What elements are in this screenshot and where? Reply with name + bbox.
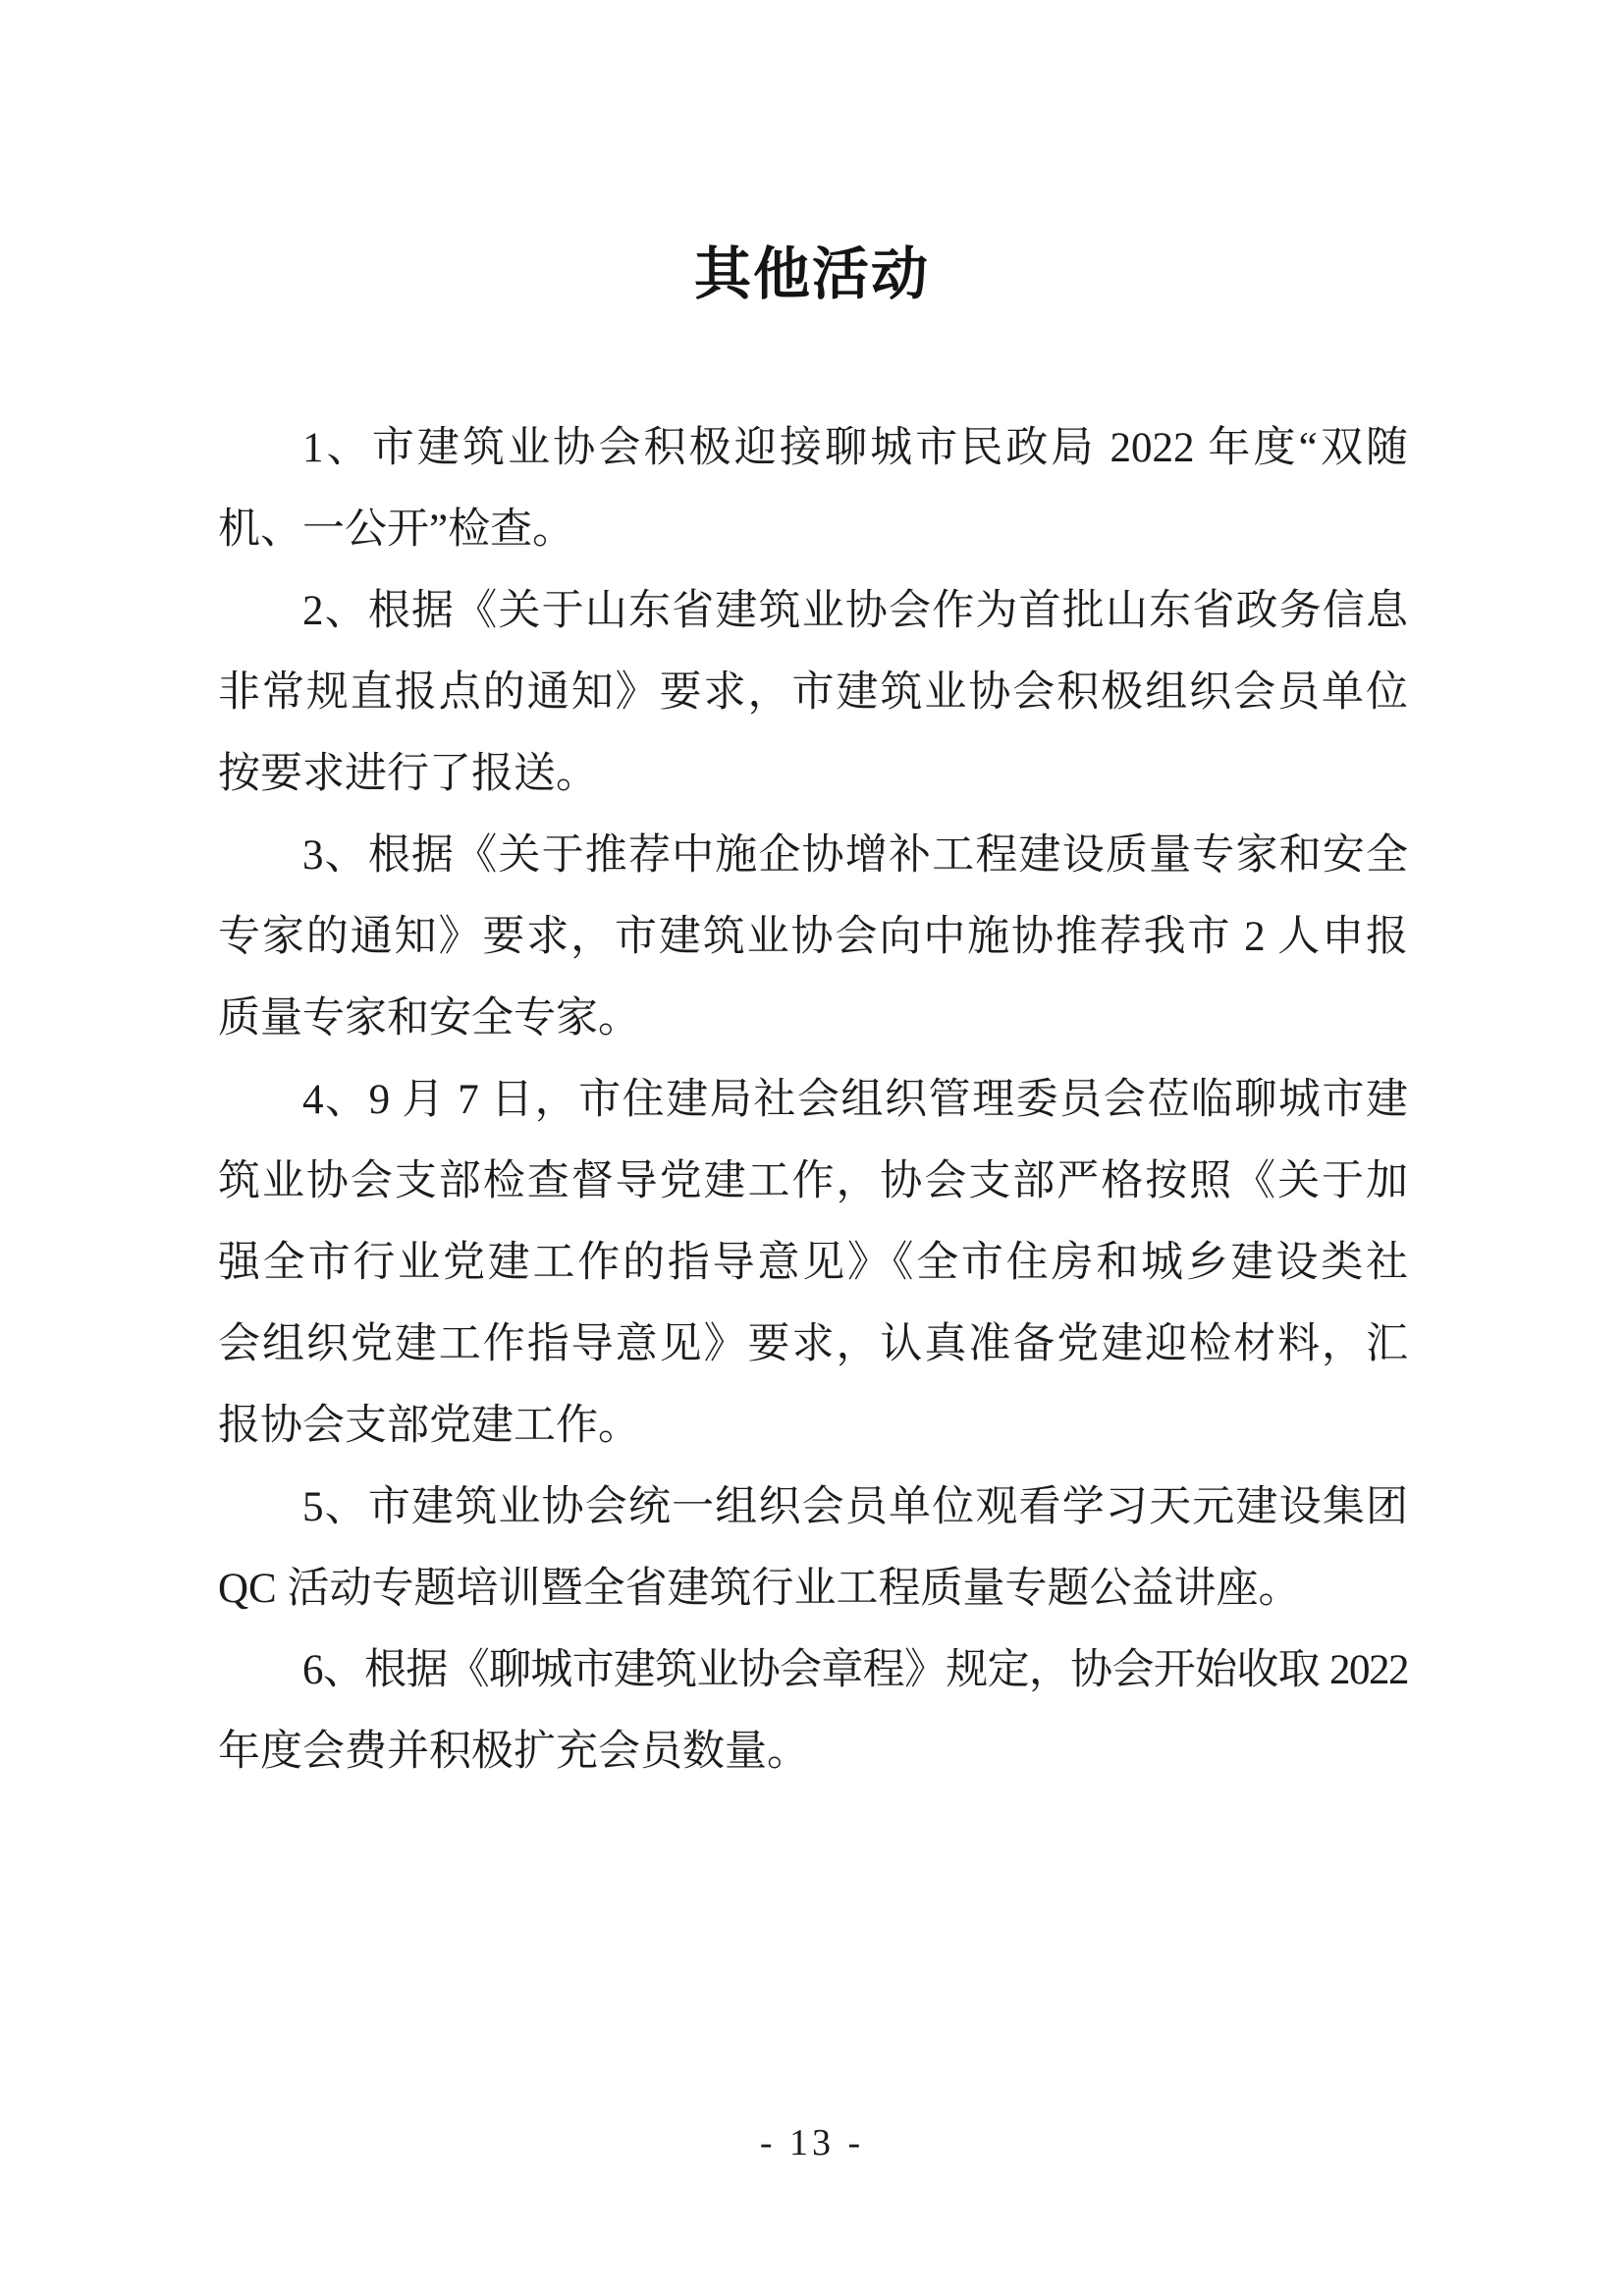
text-line: 专家的通知》要求，市建筑业协会向中施协推荐我市 2 人申报 [218, 896, 1408, 978]
paragraph-6: 6、根据《聊城市建筑业协会章程》规定，协会开始收取 2022 年度会费并积极扩充… [218, 1629, 1408, 1792]
paragraph-5: 5、市建筑业协会统一组织会员单位观看学习天元建设集团 QC 活动专题培训暨全省建… [218, 1467, 1408, 1629]
text-line: 非常规直报点的通知》要求，市建筑业协会积极组织会员单位 [218, 652, 1408, 733]
text-line: 1、市建筑业协会积极迎接聊城市民政局 2022 年度“双随 [218, 407, 1408, 489]
text-line: 2、根据《关于山东省建筑业协会作为首批山东省政务信息 [218, 570, 1408, 652]
paragraph-4: 4、9 月 7 日，市住建局社会组织管理委员会莅临聊城市建 筑业协会支部检查督导… [218, 1059, 1408, 1467]
text-line: 按要求进行了报送。 [218, 733, 1408, 815]
text-line: 质量专家和安全专家。 [218, 978, 1408, 1059]
text-line: 报协会支部党建工作。 [218, 1385, 1408, 1467]
text-line: 4、9 月 7 日，市住建局社会组织管理委员会莅临聊城市建 [218, 1059, 1408, 1141]
text-line: 强全市行业党建工作的指导意见》《全市住房和城乡建设类社 [218, 1222, 1408, 1304]
text-line: 会组织党建工作指导意见》要求，认真准备党建迎检材料，汇 [218, 1304, 1408, 1385]
paragraph-2: 2、根据《关于山东省建筑业协会作为首批山东省政务信息 非常规直报点的通知》要求，… [218, 570, 1408, 815]
paragraph-1: 1、市建筑业协会积极迎接聊城市民政局 2022 年度“双随 机、一公开”检查。 [218, 407, 1408, 570]
document-body: 1、市建筑业协会积极迎接聊城市民政局 2022 年度“双随 机、一公开”检查。 … [218, 407, 1408, 1792]
text-line: 3、根据《关于推荐中施企协增补工程建设质量专家和安全 [218, 815, 1408, 896]
text-line: 筑业协会支部检查督导党建工作，协会支部严格按照《关于加 [218, 1141, 1408, 1222]
text-line: QC 活动专题培训暨全省建筑行业工程质量专题公益讲座。 [218, 1548, 1408, 1629]
text-line: 5、市建筑业协会统一组织会员单位观看学习天元建设集团 [218, 1467, 1408, 1548]
document-page: 其他活动 1、市建筑业协会积极迎接聊城市民政局 2022 年度“双随 机、一公开… [0, 0, 1624, 2296]
text-line: 6、根据《聊城市建筑业协会章程》规定，协会开始收取 2022 [218, 1629, 1408, 1711]
paragraph-3: 3、根据《关于推荐中施企协增补工程建设质量专家和安全 专家的通知》要求，市建筑业… [218, 815, 1408, 1059]
page-number: - 13 - [0, 2122, 1624, 2163]
page-title: 其他活动 [0, 244, 1624, 303]
text-line: 年度会费并积极扩充会员数量。 [218, 1711, 1408, 1792]
text-line: 机、一公开”检查。 [218, 489, 1408, 570]
